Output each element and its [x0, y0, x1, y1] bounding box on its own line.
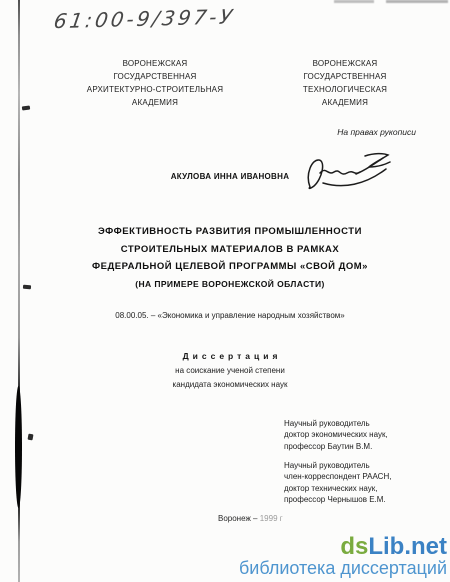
supervisor-block-2: Научный руководитель член-корреспондент … — [284, 460, 391, 506]
thesis-type: Диссертация — [20, 351, 440, 361]
institution-right-line: ТЕХНОЛОГИЧЕСКАЯ — [266, 83, 424, 96]
title-line: СТРОИТЕЛЬНЫХ МАТЕРИАЛОВ В РАМКАХ — [10, 241, 450, 259]
thesis-block: Диссертация на соискание ученой степени … — [20, 351, 440, 391]
supervisor-line: доктор технических наук, — [284, 483, 391, 494]
title-line: ЭФФЕКТИВНОСТЬ РАЗВИТИЯ ПРОМЫШЛЕННОСТИ — [10, 223, 450, 241]
dissertation-title: ЭФФЕКТИВНОСТЬ РАЗВИТИЯ ПРОМЫШЛЕННОСТИ СТ… — [10, 223, 450, 293]
supervisor-line: Научный руководитель — [284, 418, 388, 429]
supervisor-block-1: Научный руководитель доктор экономически… — [284, 418, 388, 452]
thesis-degree: на соискание ученой степени кандидата эк… — [20, 364, 440, 391]
thesis-degree-line: на соискание ученой степени — [20, 364, 440, 378]
thesis-degree-line: кандидата экономических наук — [20, 378, 440, 392]
signature-scribble — [299, 146, 399, 200]
supervisor-line: доктор экономических наук, — [284, 429, 388, 440]
institution-right-line: ГОСУДАРСТВЕННАЯ — [266, 70, 424, 83]
scan-edge-blob — [15, 386, 22, 508]
institution-left-line: ВОРОНЕЖСКАЯ — [63, 57, 247, 70]
title-line: ФЕДЕРАЛЬНОЙ ЦЕЛЕВОЙ ПРОГРАММЫ «СВОЙ ДОМ» — [10, 258, 450, 276]
institution-right-line: АКАДЕМИЯ — [266, 96, 424, 109]
dslib-watermark: dsLib.net библиотека диссертаций — [239, 534, 447, 578]
scan-smudge — [386, 0, 448, 3]
supervisor-line: профессор Чернышов Е.М. — [284, 494, 391, 505]
dslib-logo: dsLib.net — [239, 534, 447, 559]
scan-speck — [28, 434, 34, 441]
dslib-logo-ds: ds — [340, 533, 368, 560]
institution-left-line: ГОСУДАРСТВЕННАЯ — [63, 70, 247, 83]
supervisor-line: Научный руководитель — [284, 460, 391, 471]
specialty-code: 08.00.05. – «Экономика и управление наро… — [10, 311, 450, 320]
supervisor-line: член-корреспондент РААСН, — [284, 471, 391, 482]
scan-smudge — [334, 0, 374, 3]
supervisor-line: профессор Баутин В.М. — [284, 441, 388, 452]
handwritten-catalog-number: 61:00-9/397-У — [52, 3, 296, 33]
scan-speck — [22, 105, 30, 110]
institution-left-line: АКАДЕМИЯ — [63, 96, 247, 109]
city-label: Воронеж – — [218, 514, 260, 523]
manuscript-rights-note: На правах рукописи — [320, 127, 416, 137]
dslib-tagline: библиотека диссертаций — [239, 559, 447, 578]
institution-right-line: ВОРОНЕЖСКАЯ — [266, 57, 424, 70]
year-label: 1999 г — [260, 514, 283, 523]
institution-right: ВОРОНЕЖСКАЯ ГОСУДАРСТВЕННАЯ ТЕХНОЛОГИЧЕС… — [266, 57, 424, 109]
institution-left: ВОРОНЕЖСКАЯ ГОСУДАРСТВЕННАЯ АРХИТЕКТУРНО… — [63, 57, 247, 109]
dslib-logo-libnet: Lib.net — [368, 533, 447, 560]
city-year: Воронеж – 1999 г — [218, 514, 283, 523]
institution-left-line: АРХИТЕКТУРНО-СТРОИТЕЛЬНАЯ — [63, 83, 247, 96]
title-subtitle: (НА ПРИМЕРЕ ВОРОНЕЖСКОЙ ОБЛАСТИ) — [10, 276, 450, 293]
